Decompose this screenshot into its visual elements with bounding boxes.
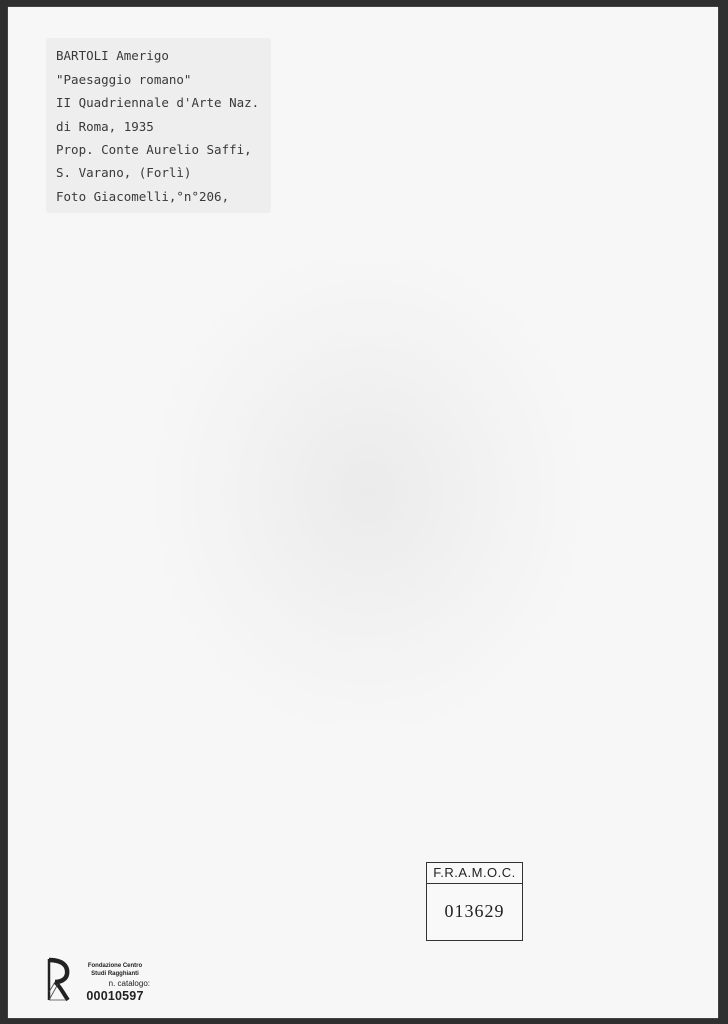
stamp-header: F.R.A.M.O.C. — [427, 863, 522, 884]
label-line-artist: BARTOLI Amerigo — [56, 48, 169, 63]
framoc-stamp: F.R.A.M.O.C. 013629 — [426, 862, 523, 941]
catalog-block: Fondazione Centro Studi Ragghianti n. ca… — [80, 962, 150, 1003]
institution-line-2: Studi Ragghianti — [80, 970, 150, 978]
stamp-number: 013629 — [427, 901, 522, 922]
catalog-number: 00010597 — [80, 989, 150, 1003]
label-line-title: "Paesaggio romano" — [56, 72, 191, 87]
ragghianti-logo-icon — [46, 957, 70, 1002]
photo-card-verso: BARTOLI Amerigo "Paesaggio romano" II Qu… — [8, 7, 718, 1018]
paper-stain — [158, 257, 578, 727]
label-line-photo-credit: Foto Giacomelli,°n°206, — [56, 189, 229, 204]
institution-line-1: Fondazione Centro — [80, 962, 150, 970]
typed-label: BARTOLI Amerigo "Paesaggio romano" II Qu… — [46, 38, 271, 213]
catalog-label: n. catalogo: — [80, 979, 150, 989]
label-line-venue-year: di Roma, 1935 — [56, 119, 154, 134]
label-line-owner: Prop. Conte Aurelio Saffi, — [56, 142, 252, 157]
label-line-exhibition: II Quadriennale d'Arte Naz. — [56, 95, 259, 110]
label-line-location: S. Varano, (Forlì) — [56, 165, 191, 180]
